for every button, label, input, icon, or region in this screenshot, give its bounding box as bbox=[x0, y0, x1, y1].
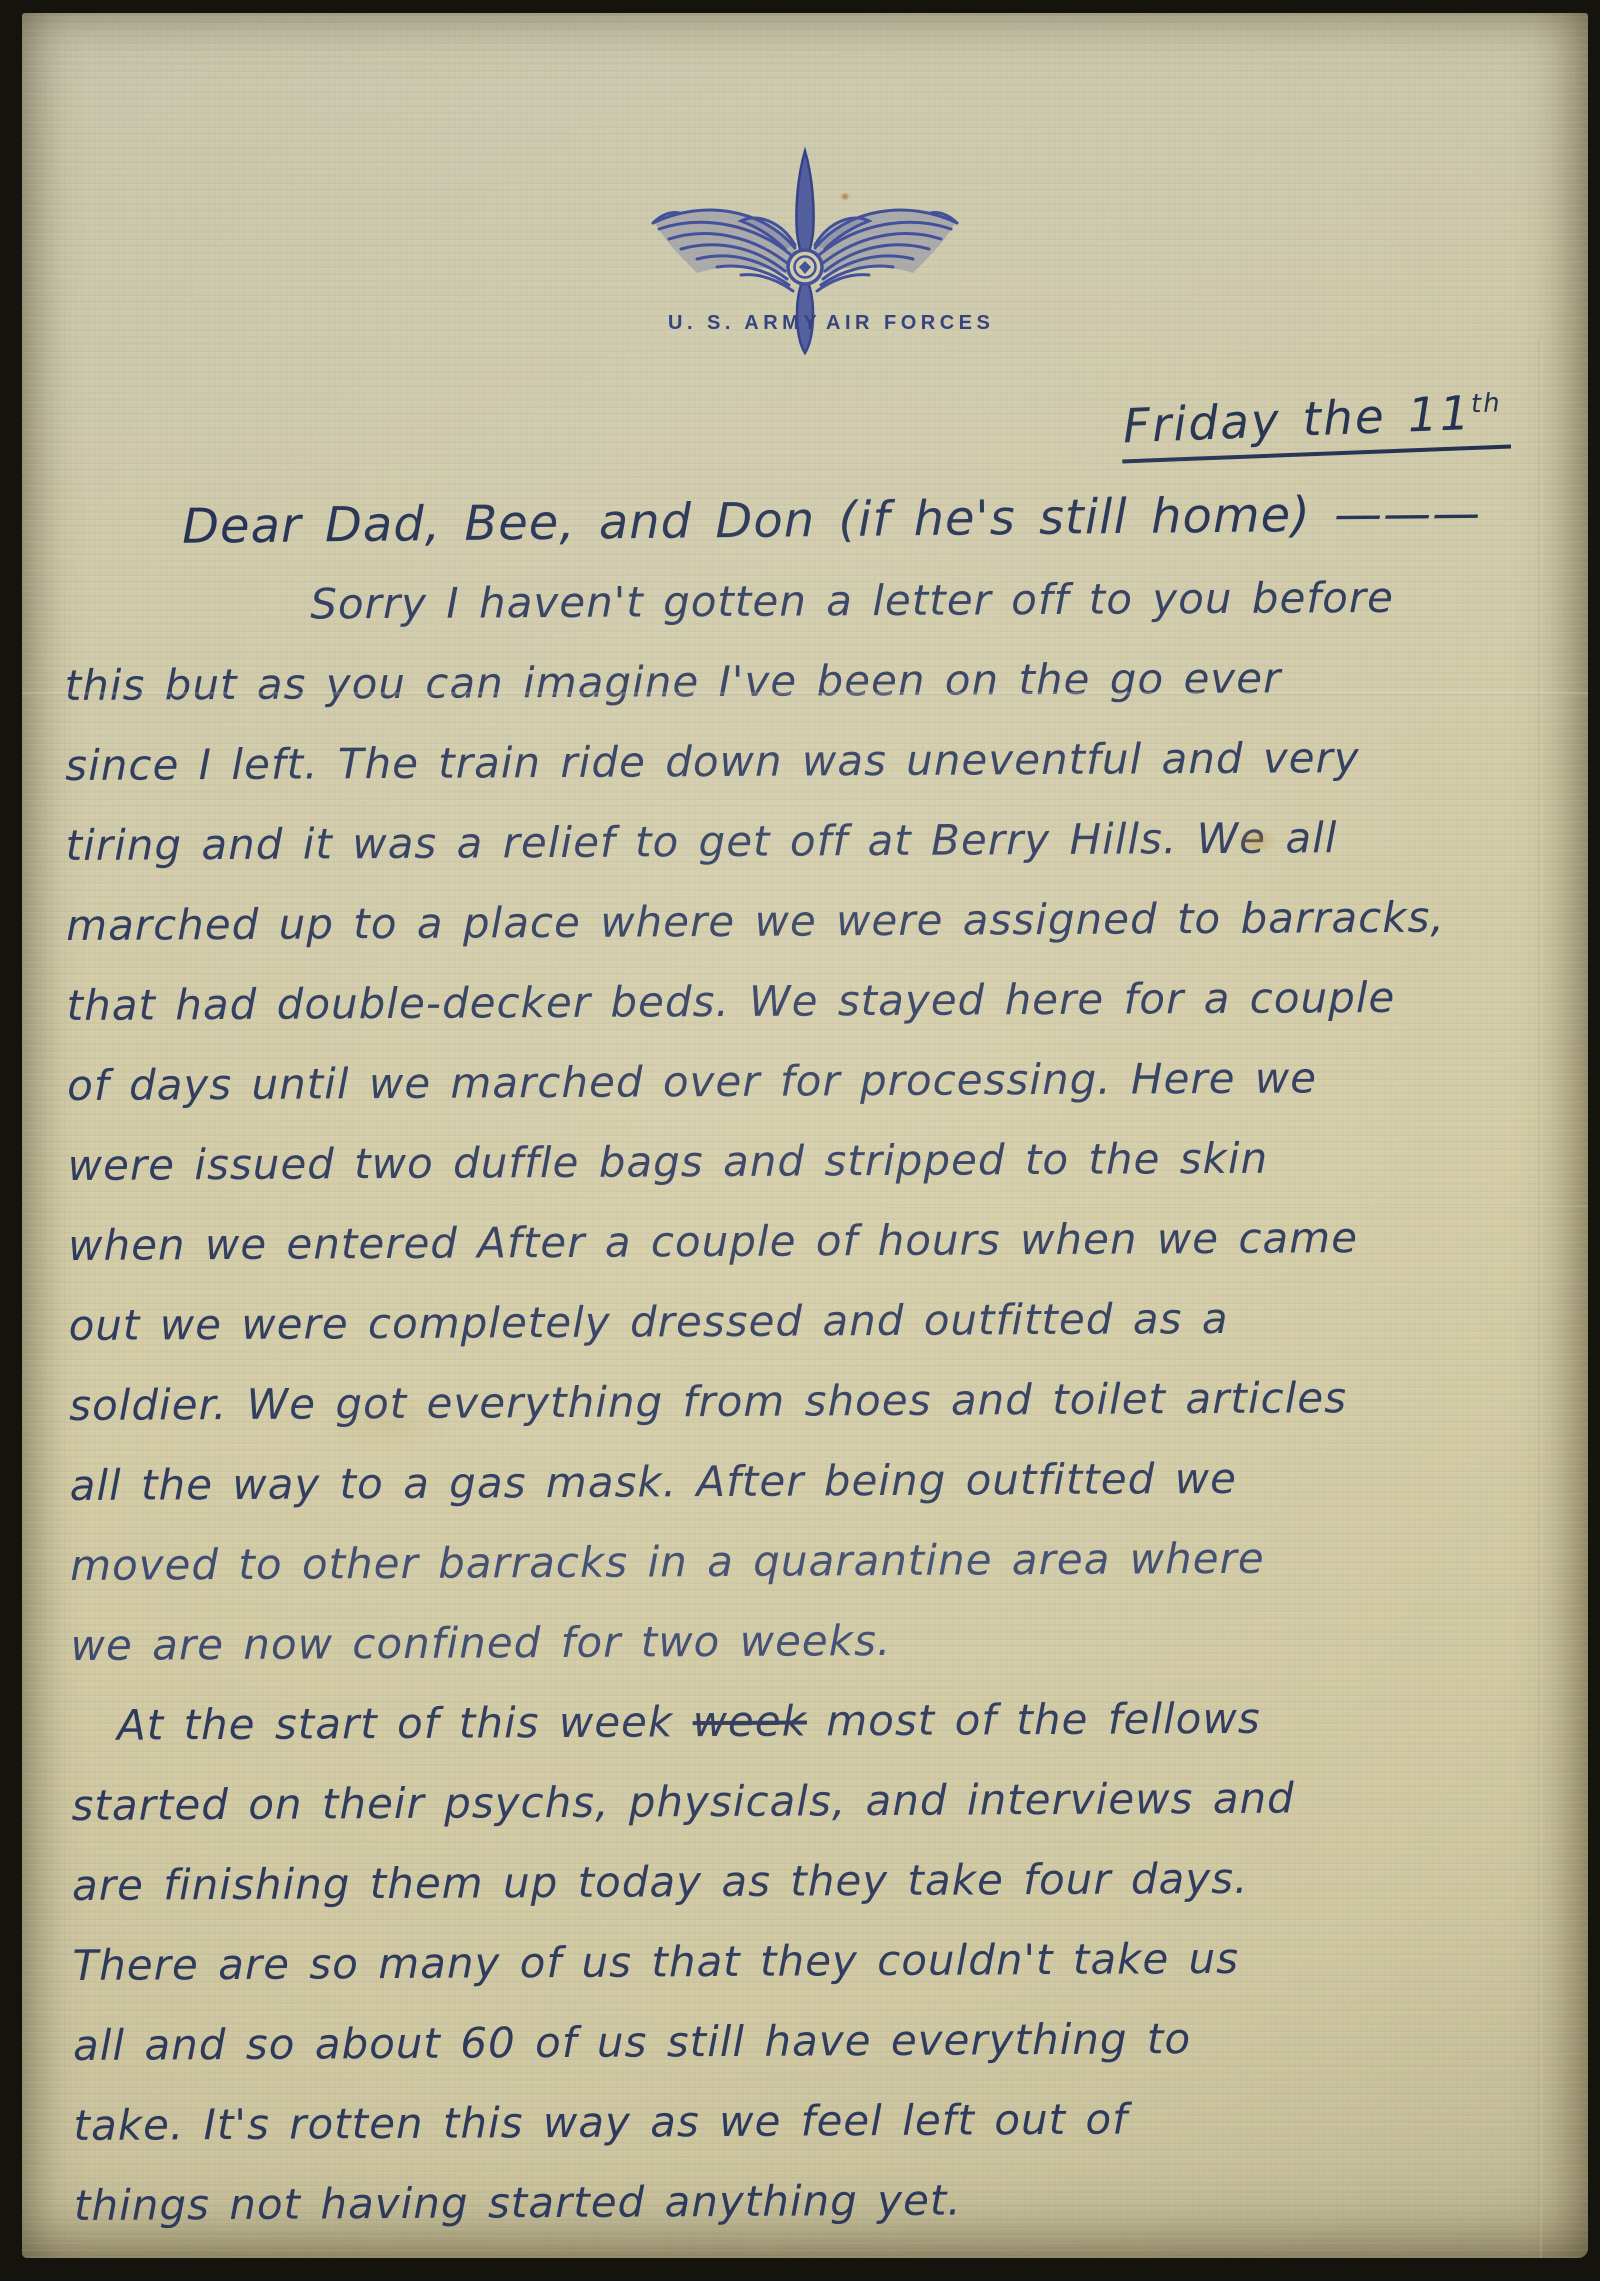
body-line: are finishing them up today as they take… bbox=[72, 1837, 1576, 1926]
body-line: when we entered After a couple of hours … bbox=[68, 1197, 1572, 1286]
body-line: that had double-decker beds. We stayed h… bbox=[66, 957, 1570, 1046]
strike-line-pre: At the start of this week bbox=[117, 1697, 693, 1750]
body-line: were issued two duffle bags and stripped… bbox=[67, 1117, 1571, 1206]
date-text: Friday the 11 bbox=[1122, 386, 1473, 454]
letter-body: Sorry I haven't gotten a letter off to y… bbox=[64, 557, 1578, 2246]
date-line: Friday the 11th bbox=[1120, 385, 1511, 464]
body-line: of days until we marched over for proces… bbox=[67, 1037, 1571, 1126]
body-line: marched up to a place where we were assi… bbox=[66, 877, 1570, 966]
scanned-letter-background: U. S. ARMY AIR FORCES Friday the 11th De… bbox=[0, 0, 1600, 2281]
date-ordinal-suffix: th bbox=[1470, 388, 1502, 419]
body-line: There are so many of us that they couldn… bbox=[72, 1917, 1576, 2006]
body-line: this but as you can imagine I've been on… bbox=[64, 637, 1568, 726]
body-line: we are now confined for two weeks. bbox=[70, 1597, 1574, 1686]
letter-page: U. S. ARMY AIR FORCES Friday the 11th De… bbox=[22, 13, 1588, 2258]
body-line: soldier. We got everything from shoes an… bbox=[69, 1357, 1573, 1446]
body-line: all the way to a gas mask. After being o… bbox=[69, 1437, 1573, 1526]
body-line: things not having started anything yet. bbox=[74, 2157, 1578, 2246]
letterhead-org-left: U. S. ARMY bbox=[668, 312, 821, 335]
struck-word: week bbox=[692, 1696, 807, 1746]
salutation-line: Dear Dad, Bee, and Don (if he's still ho… bbox=[182, 485, 1482, 555]
body-line: tiring and it was a relief to get off at… bbox=[65, 797, 1569, 886]
body-line: all and so about 60 of us still have eve… bbox=[73, 1997, 1577, 2086]
body-line: moved to other barracks in a quarantine … bbox=[70, 1517, 1574, 1606]
body-line: out we were completely dressed and outfi… bbox=[68, 1277, 1572, 1366]
body-line: Sorry I haven't gotten a letter off to y… bbox=[64, 557, 1568, 646]
body-line: since I left. The train ride down was un… bbox=[65, 717, 1569, 806]
body-line: take. It's rotten this way as we feel le… bbox=[73, 2077, 1577, 2166]
letterhead-org-right: AIR FORCES bbox=[826, 312, 994, 335]
strike-line-post: most of the fellows bbox=[807, 1694, 1261, 1746]
body-line-with-strikethrough: At the start of this week week most of t… bbox=[71, 1677, 1575, 1766]
body-line: started on their psychs, physicals, and … bbox=[71, 1757, 1575, 1846]
